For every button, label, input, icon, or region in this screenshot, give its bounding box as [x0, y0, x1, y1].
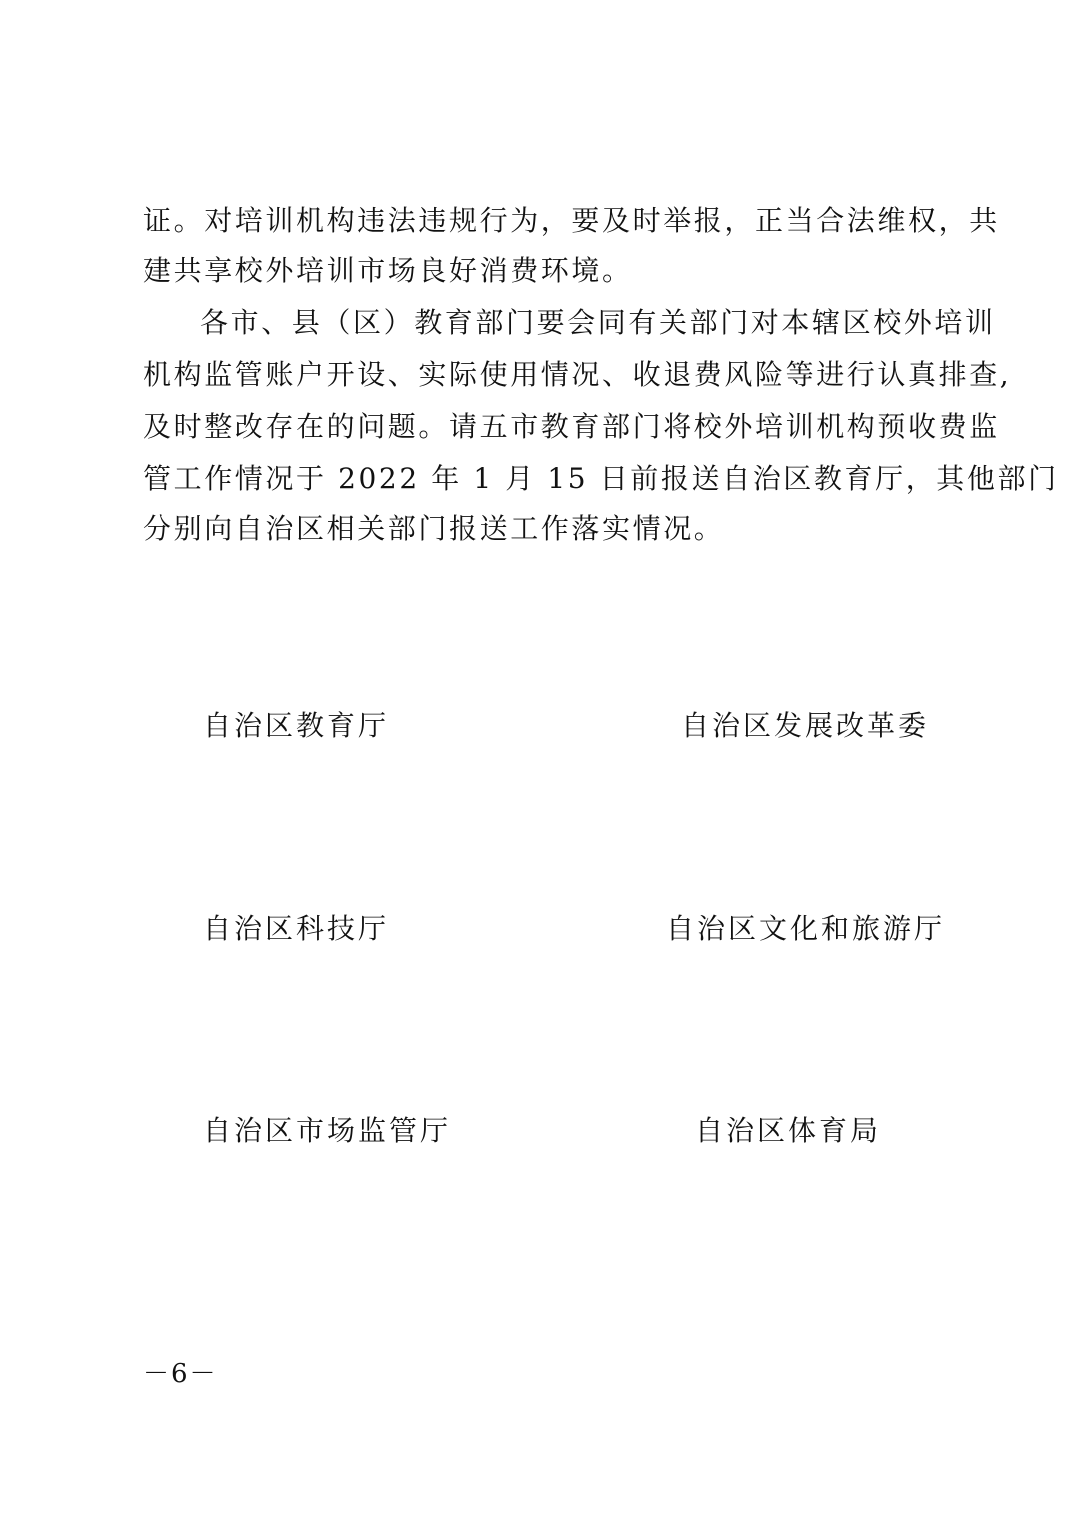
paragraph-1-line-1: 证。对培训机构违法违规行为，要及时举报，正当合法维权，共 [143, 203, 943, 239]
paragraph-2-line-2: 机构监管账户开设、实际使用情况、收退费风险等进行认真排查, [143, 357, 943, 393]
paragraph-2-line-5: 分别向自治区相关部门报送工作落实情况。 [143, 511, 943, 547]
signature-culture-tourism-dept: 自治区文化和旅游厅 [666, 911, 945, 947]
paragraph-1-line-2: 建共享校外培训市场良好消费环境。 [143, 253, 943, 289]
document-page: 证。对培训机构违法违规行为，要及时举报，正当合法维权，共 建共享校外培训市场良好… [0, 0, 1074, 1520]
paragraph-2-line-3: 及时整改存在的问题。请五市教育部门将校外培训机构预收费监 [143, 409, 943, 445]
signature-market-supervision-dept: 自治区市场监管厅 [203, 1113, 451, 1149]
paragraph-2-line-1: 各市、县（区）教育部门要会同有关部门对本辖区校外培训 [200, 305, 943, 341]
paragraph-2-line-4: 管工作情况于 2022 年 1 月 15 日前报送自治区教育厅，其他部门 [143, 461, 943, 497]
signature-sports-bureau: 自治区体育局 [695, 1113, 881, 1149]
page-number: －6－ [143, 1358, 218, 1390]
signature-development-reform-commission: 自治区发展改革委 [681, 708, 929, 744]
signature-education-dept: 自治区教育厅 [203, 708, 389, 744]
signature-science-tech-dept: 自治区科技厅 [203, 911, 389, 947]
